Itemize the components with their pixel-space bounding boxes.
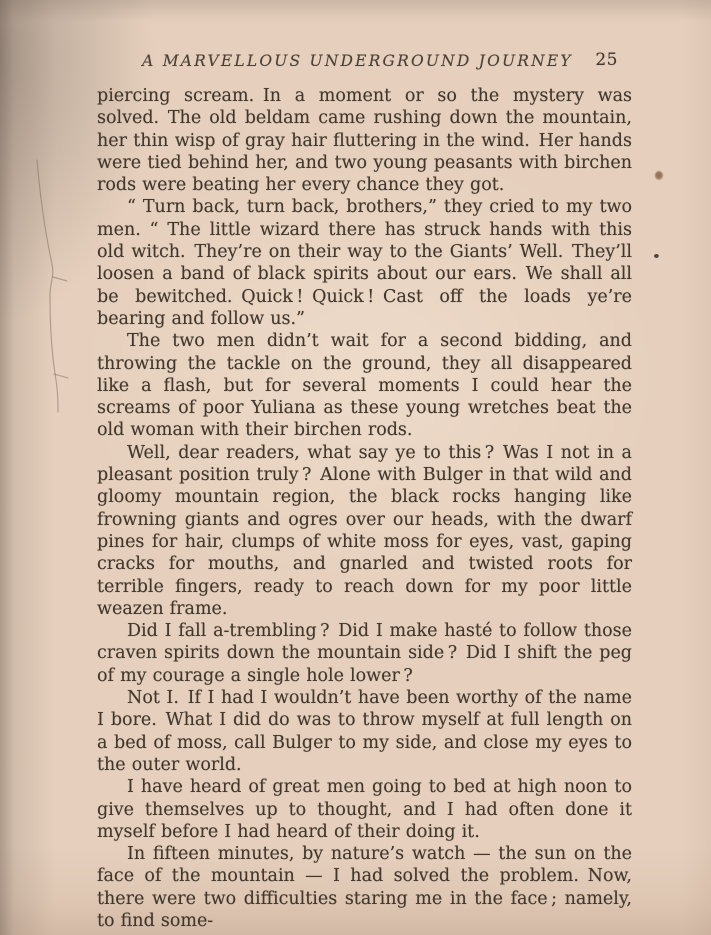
paragraph: The two men didn’t wait for a second bid… (97, 330, 632, 441)
body-text: piercing scream. In a moment or so the m… (97, 85, 632, 932)
page-number: 25 (595, 50, 618, 70)
paper-stain-speck (655, 171, 663, 180)
chapter-running-title: A MARVELLOUS UNDERGROUND JOURNEY (142, 52, 573, 70)
paragraph: Did I fall a-trembling ? Did I make hast… (97, 620, 632, 687)
paragraph: Well, dear readers, what say ye to this … (97, 442, 632, 620)
paragraph: In fifteen minutes, by nature’s watch — … (97, 843, 632, 932)
book-page-scan: A MARVELLOUS UNDERGROUND JOURNEY 25 pier… (0, 0, 711, 935)
paragraph: Not I. If I had I wouldn’t have been wor… (97, 687, 632, 776)
paragraph: I have heard of great men going to bed a… (97, 776, 632, 843)
ink-speck (654, 254, 659, 258)
paragraph: piercing scream. In a moment or so the m… (97, 85, 632, 196)
running-head: A MARVELLOUS UNDERGROUND JOURNEY 25 (97, 51, 618, 73)
paragraph: “ Turn back, turn back, brothers,” they … (97, 196, 632, 330)
